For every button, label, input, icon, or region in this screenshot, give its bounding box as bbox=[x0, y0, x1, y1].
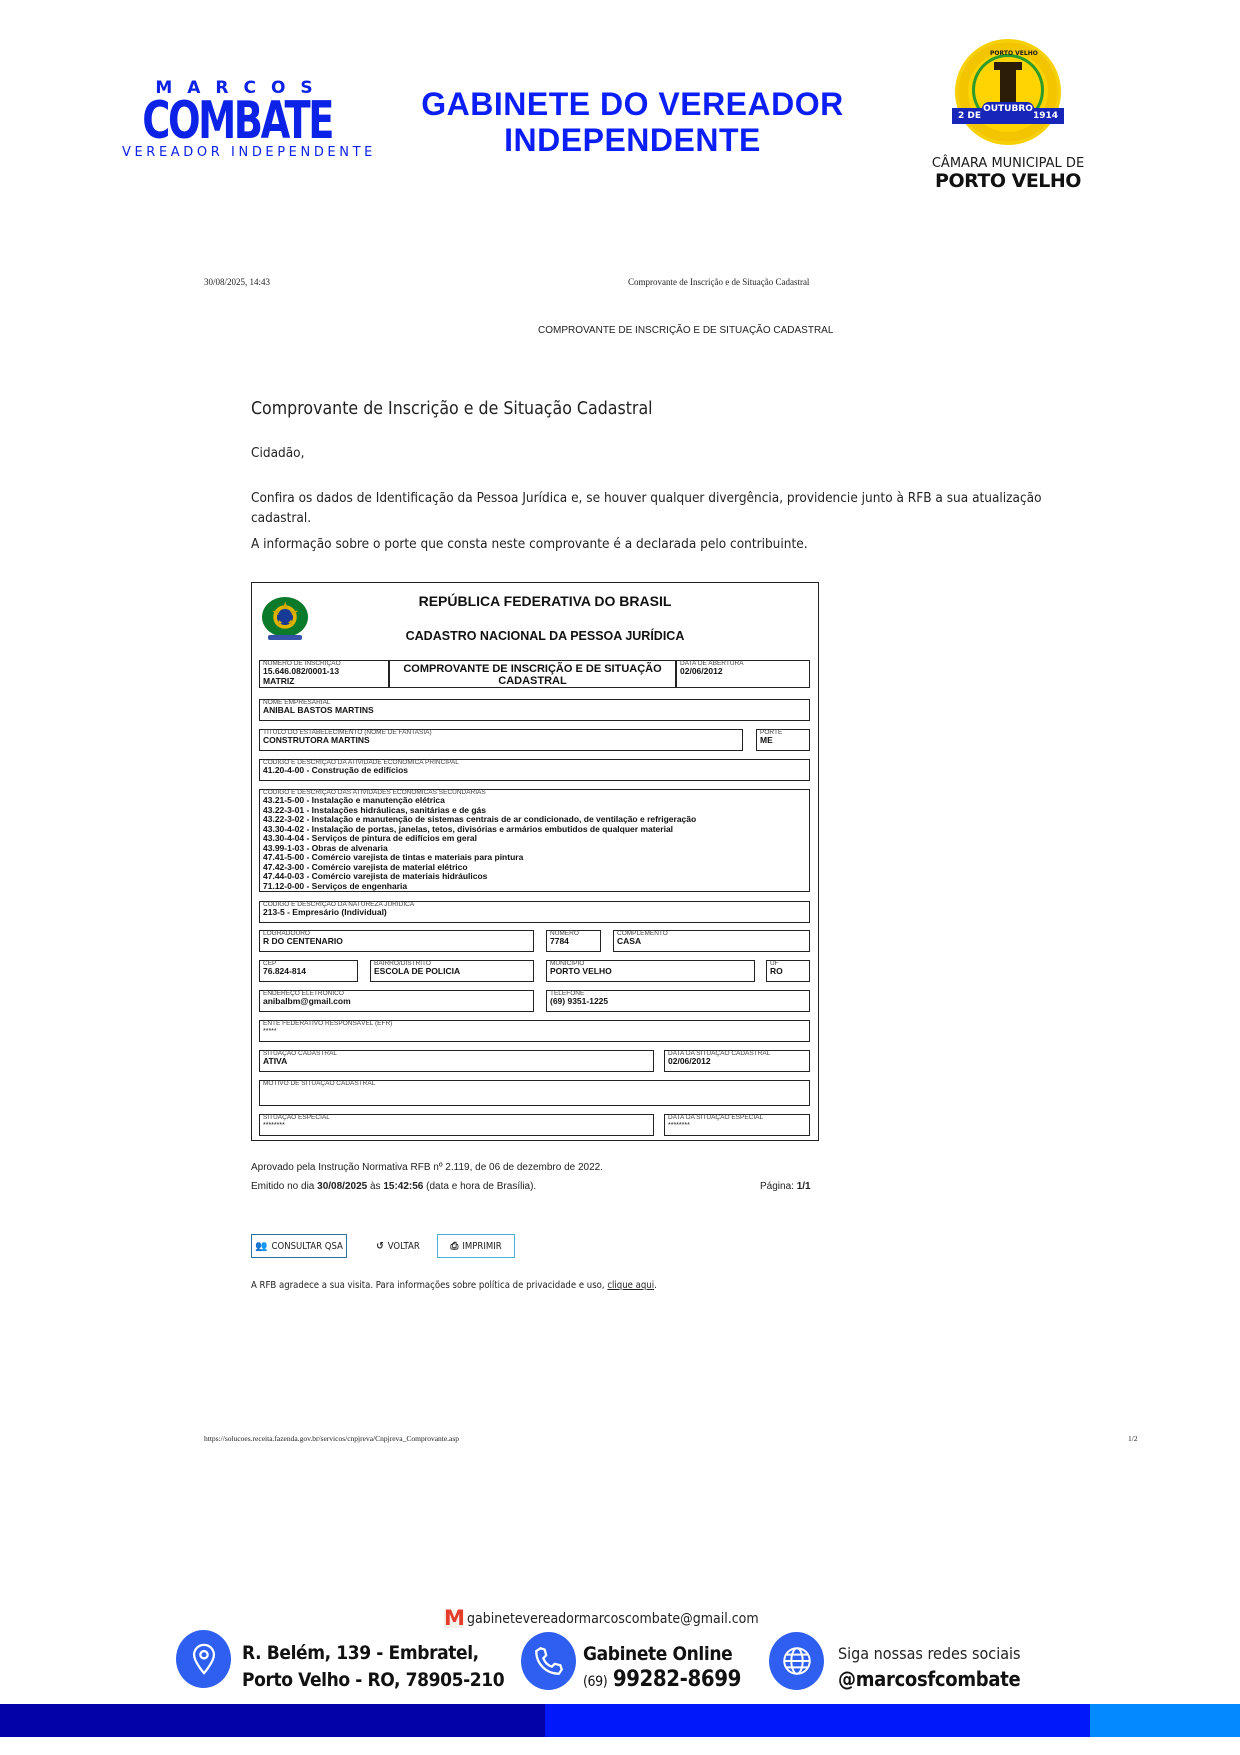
marcos-combate-logo: MARCOS COMBATE VEREADOR INDEPENDENTE bbox=[122, 80, 347, 160]
voltar-button[interactable]: ↺ VOLTAR bbox=[368, 1234, 428, 1258]
field-value: 76.824-814 bbox=[260, 967, 357, 977]
field-value: 41.20-4-00 - Construção de edifícios bbox=[260, 766, 809, 776]
field-value: CONSTRUTORA MARTINS bbox=[260, 736, 742, 746]
field-nome-fantasia: TÍTULO DO ESTABELECIMENTO (NOME DE FANTA… bbox=[259, 729, 743, 751]
field-atividade-principal: CÓDIGO E DESCRIÇÃO DA ATIVIDADE ECONÔMIC… bbox=[259, 759, 810, 781]
field-cep: CEP 76.824-814 bbox=[259, 960, 358, 982]
emitted-time: 15:42:56 bbox=[383, 1181, 423, 1192]
contact-email: gabinetevereadormarcoscombate@gmail.com bbox=[444, 1610, 759, 1628]
cnpj-title: CADASTRO NACIONAL DA PESSOA JURÍDICA bbox=[252, 629, 818, 643]
field-label: SITUAÇÃO ESPECIAL bbox=[260, 1114, 653, 1121]
field-value: ME bbox=[757, 736, 809, 746]
comprovante-box: ★ REPÚBLICA FEDERATIVA DO BRASIL CADASTR… bbox=[251, 582, 819, 1141]
imprimir-button[interactable]: ⎙ IMPRIMIR bbox=[437, 1234, 515, 1258]
field-value: CASA bbox=[614, 937, 809, 947]
confira-text-line2: cadastral. bbox=[251, 508, 311, 529]
confira-text-line1: Confira os dados de Identificação da Pes… bbox=[251, 488, 1042, 509]
print-icon: ⎙ bbox=[450, 1241, 458, 1252]
emitted-suffix: (data e hora de Brasília). bbox=[423, 1181, 536, 1192]
gmail-icon bbox=[444, 1610, 464, 1628]
camara-line1: CÂMARA MUNICIPAL DE bbox=[928, 156, 1088, 171]
emitted-date: 30/08/2025 bbox=[317, 1181, 367, 1192]
field-value-matriz: MATRIZ bbox=[260, 677, 388, 687]
field-value: ******** bbox=[260, 1121, 653, 1131]
field-value: ***** bbox=[260, 1027, 809, 1037]
field-logradouro: LOGRADOURO R DO CENTENARIO bbox=[259, 930, 534, 952]
emitted-prefix: Emitido no dia bbox=[251, 1181, 317, 1192]
field-complemento: COMPLEMENTO CASA bbox=[613, 930, 810, 952]
location-pin-icon bbox=[176, 1630, 231, 1688]
field-value: 213-5 - Empresário (Individual) bbox=[260, 908, 809, 918]
field-telefone: TELEFONE (69) 9351-1225 bbox=[546, 990, 810, 1012]
users-icon: 👥 bbox=[255, 1241, 267, 1252]
field-label: COMPLEMENTO bbox=[614, 930, 809, 937]
field-nome-empresarial: NOME EMPRESARIAL ANIBAL BASTOS MARTINS bbox=[259, 699, 810, 721]
footer-bar-light bbox=[1090, 1704, 1240, 1737]
camara-municipal-logo: PORTO VELHO 2 DE 1914 OUTUBRO CÂMARA MUN… bbox=[928, 40, 1088, 191]
field-situacao-cadastral: SITUAÇÃO CADASTRAL ATIVA bbox=[259, 1050, 654, 1072]
thanks-text: A RFB agradece a sua visita. Para inform… bbox=[251, 1280, 607, 1291]
greeting: Cidadão, bbox=[251, 443, 304, 464]
consultar-qsa-button[interactable]: 👥 CONSULTAR QSA bbox=[251, 1234, 347, 1258]
porte-info-text: A informação sobre o porte que consta ne… bbox=[251, 534, 808, 555]
republica-title: REPÚBLICA FEDERATIVA DO BRASIL bbox=[252, 593, 818, 609]
field-value: ANIBAL BASTOS MARTINS bbox=[260, 706, 809, 716]
phone-number: 99282-8699 bbox=[613, 1667, 741, 1692]
footer-bar-dark bbox=[0, 1704, 545, 1737]
doc-title: COMPROVANTE DE INSCRIÇÃO E DE SITUAÇÃO C… bbox=[390, 663, 675, 687]
rfb-caps-title: COMPROVANTE DE INSCRIÇÃO E DE SITUAÇÃO C… bbox=[538, 325, 833, 336]
contact-email-text: gabinetevereadormarcoscombate@gmail.com bbox=[467, 1611, 759, 1627]
gabinete-title-line2: INDEPENDENTE bbox=[370, 122, 895, 158]
rfb-thanks-text: A RFB agradece a sua visita. Para inform… bbox=[251, 1280, 657, 1291]
field-value: PORTO VELHO bbox=[547, 967, 754, 977]
page-label: Página: bbox=[760, 1181, 797, 1192]
camara-line2: PORTO VELHO bbox=[928, 171, 1088, 191]
page-heading: Comprovante de Inscrição e de Situação C… bbox=[251, 398, 653, 419]
secondary-activity-item: 71.12-0-00 - Serviços de engenharia bbox=[260, 882, 809, 892]
footer-bar-mid bbox=[545, 1704, 1090, 1737]
camara-seal-icon: PORTO VELHO 2 DE 1914 OUTUBRO bbox=[952, 40, 1064, 152]
seal-top-text: PORTO VELHO bbox=[990, 50, 1038, 57]
field-numero-inscricao: NÚMERO DE INSCRIÇÃO 15.646.082/0001-13 M… bbox=[259, 660, 389, 688]
ribbon-right: 1914 bbox=[1033, 108, 1058, 124]
imprimir-label: IMPRIMIR bbox=[462, 1241, 501, 1252]
field-data-situacao-cadastral: DATA DA SITUAÇÃO CADASTRAL 02/06/2012 bbox=[664, 1050, 810, 1072]
field-value: 02/06/2012 bbox=[677, 667, 809, 677]
consultar-qsa-label: CONSULTAR QSA bbox=[272, 1241, 343, 1252]
gabinete-online-label: Gabinete Online bbox=[583, 1641, 741, 1667]
social-media: Siga nossas redes sociais @marcosfcombat… bbox=[838, 1641, 1021, 1691]
field-numero: NÚMERO 7784 bbox=[546, 930, 601, 952]
page-value: 1/1 bbox=[797, 1181, 811, 1192]
print-datetime: 30/08/2025, 14:43 bbox=[204, 277, 270, 287]
office-address: R. Belém, 139 - Embratel, Porto Velho - … bbox=[242, 1640, 504, 1694]
emitted-mid: às bbox=[367, 1181, 383, 1192]
phone-ddd: (69) bbox=[583, 1674, 607, 1690]
field-value: R DO CENTENARIO bbox=[260, 937, 533, 947]
address-line2: Porto Velho - RO, 78905-210 bbox=[242, 1667, 504, 1694]
print-footer-page: 1/2 bbox=[1128, 1434, 1138, 1443]
field-value: 7784 bbox=[547, 937, 600, 947]
field-value: 02/06/2012 bbox=[665, 1057, 809, 1067]
phone-icon bbox=[521, 1632, 576, 1690]
field-value: RO bbox=[767, 967, 809, 977]
field-doc-title: COMPROVANTE DE INSCRIÇÃO E DE SITUAÇÃO C… bbox=[389, 660, 676, 688]
field-data-abertura: DATA DE ABERTURA 02/06/2012 bbox=[676, 660, 810, 688]
approved-text: Aprovado pela Instrução Normativa RFB nº… bbox=[251, 1162, 603, 1173]
field-motivo-situacao: MOTIVO DE SITUAÇÃO CADASTRAL bbox=[259, 1080, 810, 1106]
ribbon-mid: OUTUBRO bbox=[982, 102, 1034, 116]
globe-icon bbox=[769, 1632, 824, 1690]
field-label: SITUAÇÃO CADASTRAL bbox=[260, 1050, 653, 1057]
gabinete-title-line1: GABINETE DO VEREADOR bbox=[370, 86, 895, 122]
field-label: DATA DA SITUAÇÃO ESPECIAL bbox=[665, 1114, 809, 1121]
field-uf: UF RO bbox=[766, 960, 810, 982]
social-handle: @marcosfcombate bbox=[838, 1667, 1021, 1691]
gabinete-title: GABINETE DO VEREADOR INDEPENDENTE bbox=[370, 86, 895, 158]
privacy-link[interactable]: clique aqui bbox=[607, 1280, 654, 1291]
gabinete-online: Gabinete Online (69) 99282-8699 bbox=[583, 1641, 741, 1695]
field-situacao-especial: SITUAÇÃO ESPECIAL ******** bbox=[259, 1114, 654, 1136]
field-efr: ENTE FEDERATIVO RESPONSÁVEL (EFR) ***** bbox=[259, 1020, 810, 1042]
field-value: ******** bbox=[665, 1121, 809, 1131]
field-bairro: BAIRRO/DISTRITO ESCOLA DE POLICIA bbox=[370, 960, 534, 982]
undo-icon: ↺ bbox=[376, 1241, 384, 1252]
field-label: MOTIVO DE SITUAÇÃO CADASTRAL bbox=[260, 1080, 809, 1087]
field-porte: PORTE ME bbox=[756, 729, 810, 751]
print-page-title: Comprovante de Inscrição e de Situação C… bbox=[628, 277, 809, 287]
thanks-end: . bbox=[654, 1280, 657, 1291]
emitted-text: Emitido no dia 30/08/2025 às 15:42:56 (d… bbox=[251, 1181, 536, 1192]
field-value: anibalbm@gmail.com bbox=[260, 997, 533, 1007]
field-value: ESCOLA DE POLICIA bbox=[371, 967, 533, 977]
field-value: ATIVA bbox=[260, 1057, 653, 1067]
field-email: ENDEREÇO ELETRÔNICO anibalbm@gmail.com bbox=[259, 990, 534, 1012]
social-label: Siga nossas redes sociais bbox=[838, 1641, 1021, 1667]
field-data-situacao-especial: DATA DA SITUAÇÃO ESPECIAL ******** bbox=[664, 1114, 810, 1136]
logo-main-text: COMBATE bbox=[142, 98, 327, 144]
address-line1: R. Belém, 139 - Embratel, bbox=[242, 1640, 504, 1667]
voltar-label: VOLTAR bbox=[388, 1241, 420, 1252]
field-value: (69) 9351-1225 bbox=[547, 997, 809, 1007]
field-natureza-juridica: CÓDIGO E DESCRIÇÃO DA NATUREZA JURÍDICA … bbox=[259, 901, 810, 923]
field-atividades-secundarias: CÓDIGO E DESCRIÇÃO DAS ATIVIDADES ECONÔM… bbox=[259, 789, 810, 892]
field-label: ENTE FEDERATIVO RESPONSÁVEL (EFR) bbox=[260, 1020, 809, 1027]
field-municipio: MUNICÍPIO PORTO VELHO bbox=[546, 960, 755, 982]
page-indicator: Página: 1/1 bbox=[760, 1181, 811, 1192]
print-footer-url: https://solucoes.receita.fazenda.gov.br/… bbox=[204, 1434, 459, 1443]
ribbon-left: 2 DE bbox=[958, 108, 981, 124]
